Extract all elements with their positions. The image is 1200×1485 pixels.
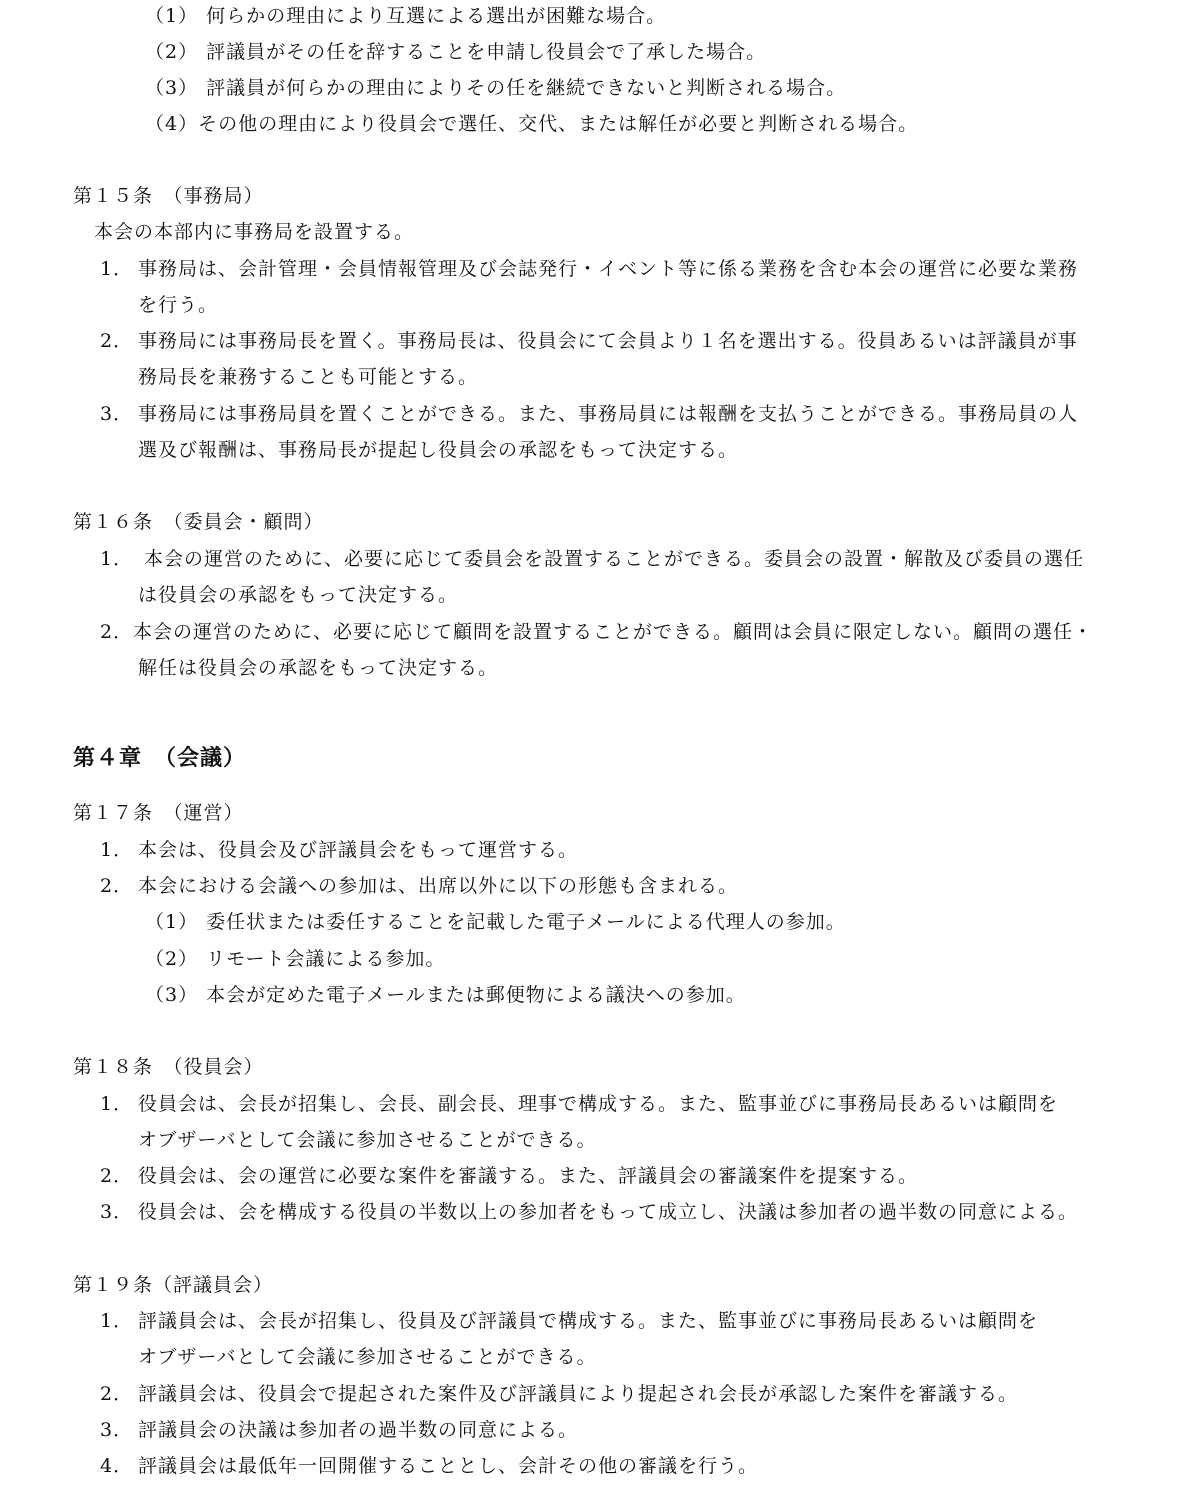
sub-list-item: （2）リモート会議による参加。 — [145, 947, 445, 971]
article-heading: 第１５条 （事務局） — [73, 184, 264, 208]
list-item: 1．評議員会は、会長が招集し、役員及び評議員で構成する。また、監事並びに事務局長… — [100, 1309, 1038, 1333]
list-item: （1）何らかの理由により互選による選出が困難な場合。 — [145, 4, 666, 28]
list-item-continuation: は役員会の承認をもって決定する。 — [138, 583, 458, 607]
list-item: 2．事務局には事務局長を置く。事務局長は、役員会にて会員より１名を選出する。役員… — [100, 329, 1078, 353]
list-item: 1．役員会は、会長が招集し、会長、副会長、理事で構成する。また、監事並びに事務局… — [100, 1092, 1058, 1116]
list-item-continuation: を行う。 — [138, 293, 218, 317]
list-item: 3．役員会は、会を構成する役員の半数以上の参加者をもって成立し、決議は参加者の過… — [100, 1200, 1078, 1224]
article-heading: 第１９条（評議員会） — [73, 1273, 273, 1297]
sub-list-item: （1）委任状または委任することを記載した電子メールによる代理人の参加。 — [145, 910, 846, 934]
list-item-continuation: 解任は役員会の承認をもって決定する。 — [138, 656, 498, 680]
list-item: （2）評議員がその任を辞することを申請し役員会で了承した場合。 — [145, 40, 766, 64]
list-item: 3．評議員会の決議は参加者の過半数の同意による。 — [100, 1418, 578, 1442]
article-heading: 第１８条 （役員会） — [73, 1055, 264, 1079]
list-item: （4）その他の理由により役員会で選任、交代、または解任が必要と判断される場合。 — [145, 112, 918, 136]
list-item-continuation: オブザーバとして会議に参加させることができる。 — [138, 1345, 596, 1369]
list-item: 2．役員会は、会の運営に必要な案件を審議する。また、評議員会の審議案件を提案する… — [100, 1164, 918, 1188]
article-heading: 第１６条 （委員会・顧問） — [73, 510, 324, 534]
list-item: 4．評議員会は最低年一回開催することとし、会計その他の審議を行う。 — [100, 1454, 758, 1478]
list-item: 1．本会の運営のために、必要に応じて委員会を設置することができる。委員会の設置・… — [100, 547, 1084, 571]
sub-list-item: （3）本会が定めた電子メールまたは郵便物による議決への参加。 — [145, 983, 746, 1007]
chapter-heading: 第４章 （会議） — [73, 744, 246, 772]
article-intro: 本会の本部内に事務局を設置する。 — [94, 220, 414, 244]
list-item-continuation: 選及び報酬は、事務局長が提起し役員会の承認をもって決定する。 — [138, 438, 738, 462]
list-item: 2．本会の運営のために、必要に応じて顧問を設置することができる。顧問は会員に限定… — [100, 620, 1093, 644]
list-item: 2．本会における会議への参加は、出席以外に以下の形態も含まれる。 — [100, 874, 738, 898]
list-item: 1．事務局は、会計管理・会員情報管理及び会誌発行・イベント等に係る業務を含む本会… — [100, 257, 1078, 281]
list-item: 2．評議員会は、役員会で提起された案件及び評議員により提起され会長が承認した案件… — [100, 1382, 1018, 1406]
article-heading: 第１７条 （運営） — [73, 801, 244, 825]
list-item: 1．本会は、役員会及び評議員会をもって運営する。 — [100, 838, 578, 862]
list-item: 3．事務局には事務局員を置くことができる。また、事務局員には報酬を支払うことがで… — [100, 402, 1078, 426]
list-item-continuation: オブザーバとして会議に参加させることができる。 — [138, 1128, 596, 1152]
list-item: （3）評議員が何らかの理由によりその任を継続できないと判断される場合。 — [145, 76, 846, 100]
list-item-continuation: 務局長を兼務することも可能とする。 — [138, 365, 478, 389]
